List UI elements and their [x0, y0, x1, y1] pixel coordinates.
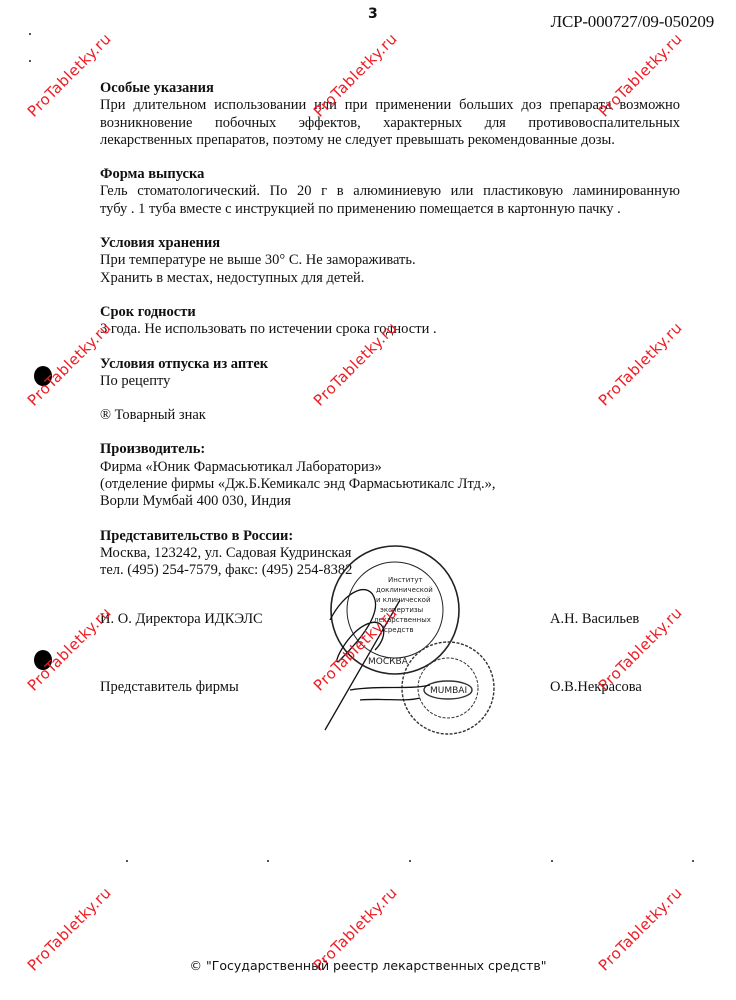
stamp-line: лекарственных — [374, 616, 431, 624]
section-shelf-life: Срок годности 3 года. Не использовать по… — [100, 304, 680, 339]
scan-speck — [692, 860, 694, 862]
section-line: Фирма «Юник Фармасьютикал Лабораториз» — [100, 459, 680, 476]
section-line: 3 года. Не использовать по истечении сро… — [100, 321, 680, 338]
page-number: 3 — [368, 6, 378, 22]
section-release-form: Форма выпуска Гель стоматологический. По… — [100, 166, 680, 218]
scan-speck — [267, 860, 269, 862]
stamp-line: и клинической — [376, 596, 431, 604]
scan-blot — [34, 650, 52, 670]
section-line: Гель стоматологический. По 20 г в алюмин… — [100, 183, 680, 200]
section-line: тубу . 1 туба вместе с инструкцией по пр… — [100, 201, 680, 218]
section-line: При длительном использовании или при при… — [100, 97, 680, 114]
stamp-line: доклинической — [376, 586, 433, 594]
stamp-line: экспертизы — [380, 606, 423, 614]
section-line: Ворли Мумбай 400 030, Индия — [100, 493, 680, 510]
stamp-center: MUMBAI — [430, 686, 467, 696]
official-stamps: Институт доклинической и клинической экс… — [290, 540, 500, 740]
stamp-city: МОСКВА — [368, 657, 409, 667]
trademark-note: ® Товарный знак — [100, 407, 680, 424]
scan-speck — [29, 60, 31, 62]
signature-name: А.Н. Васильев — [550, 611, 639, 628]
section-line: возникновение побочных эффектов, характе… — [100, 115, 680, 132]
document-number: ЛСР-000727/09-050209 — [551, 12, 714, 32]
scan-speck — [551, 860, 553, 862]
section-storage-conditions: Условия хранения При температуре не выше… — [100, 235, 680, 287]
scan-blot — [34, 366, 52, 386]
scan-speck — [126, 860, 128, 862]
stamp-line: Институт — [388, 576, 423, 584]
section-line: По рецепту — [100, 373, 680, 390]
signature-role: И. О. Директора ИДКЭЛС — [100, 611, 263, 628]
scan-speck — [29, 33, 31, 35]
section-heading: Форма выпуска — [100, 166, 680, 183]
section-line: лекарственных препаратов, поэтому не сле… — [100, 132, 680, 149]
signature-name: О.В.Некрасова — [550, 679, 642, 696]
section-heading: Срок годности — [100, 304, 680, 321]
section-dispensing-conditions: Условия отпуска из аптек По рецепту — [100, 356, 680, 391]
section-heading: Особые указания — [100, 80, 680, 97]
section-line: При температуре не выше 30° С. Не замора… — [100, 252, 680, 269]
signature-role: Представитель фирмы — [100, 679, 239, 696]
document-body: Особые указания При длительном использов… — [100, 80, 680, 580]
section-special-instructions: Особые указания При длительном использов… — [100, 80, 680, 149]
section-heading: Условия хранения — [100, 235, 680, 252]
copyright-footer: © "Государственный реестр лекарственных … — [0, 958, 736, 973]
scan-speck — [409, 860, 411, 862]
section-heading: Производитель: — [100, 441, 680, 458]
stamp-line: средств — [384, 626, 414, 634]
section-heading: Условия отпуска из аптек — [100, 356, 680, 373]
section-line: Хранить в местах, недоступных для детей. — [100, 270, 680, 287]
section-manufacturer: Производитель: Фирма «Юник Фармасьютикал… — [100, 441, 680, 510]
section-line: (отделение фирмы «Дж.Б.Кемикалс энд Фарм… — [100, 476, 680, 493]
